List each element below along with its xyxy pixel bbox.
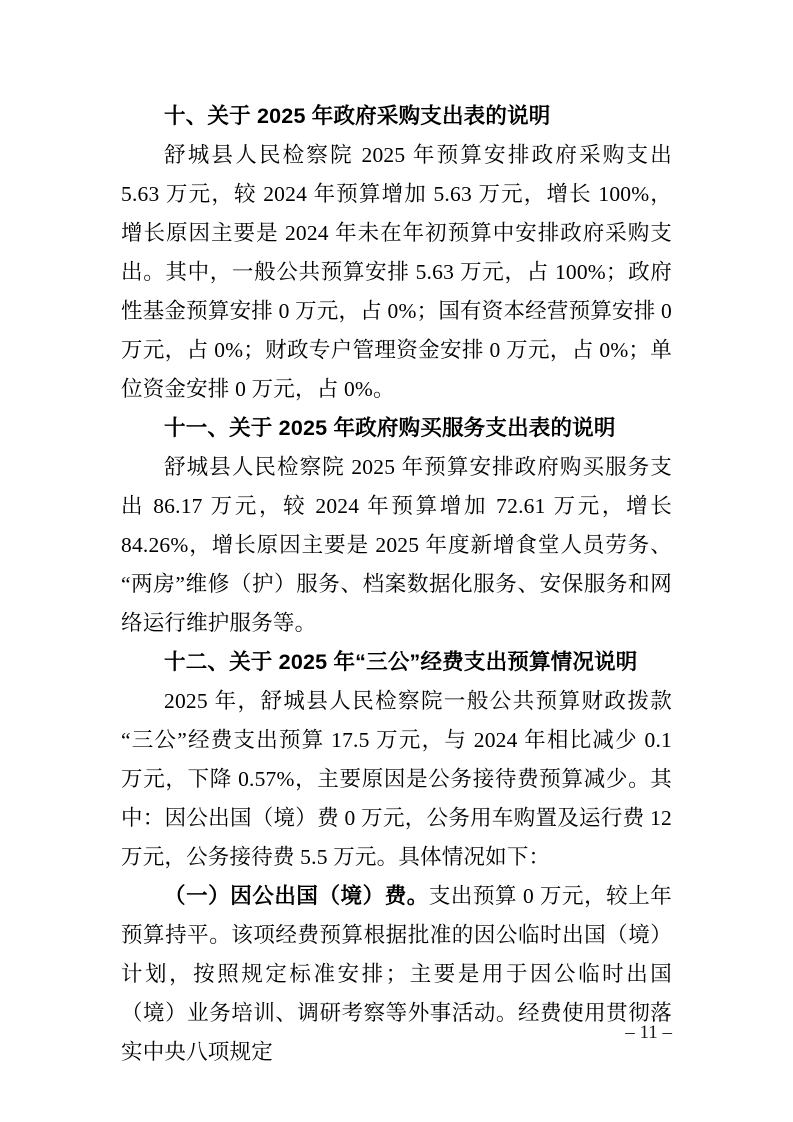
subsection-1-bold-lead: （一）因公出国（境）费。 xyxy=(164,884,429,908)
subsection-1-text: 支出预算 0 万元，较上年预算持平。该项经费预算根据批准的因公临时出国（境）计划… xyxy=(121,884,672,1064)
document-page: 十、关于 2025 年政府采购支出表的说明 舒城县人民检察院 2025 年预算安… xyxy=(0,0,793,1122)
section-10-heading: 十、关于 2025 年政府采购支出表的说明 xyxy=(121,97,672,136)
section-11-paragraph: 舒城县人民检察院 2025 年预算安排政府购买服务支出 86.17 万元，较 2… xyxy=(121,448,672,643)
page-footer: – 11 – xyxy=(625,1021,672,1045)
document-content: 十、关于 2025 年政府采购支出表的说明 舒城县人民检察院 2025 年预算安… xyxy=(121,97,672,1072)
section-11-heading: 十一、关于 2025 年政府购买服务支出表的说明 xyxy=(121,409,672,448)
section-12-heading: 十二、关于 2025 年“三公”经费支出预算情况说明 xyxy=(121,643,672,682)
section-10-paragraph: 舒城县人民检察院 2025 年预算安排政府采购支出 5.63 万元，较 2024… xyxy=(121,136,672,409)
subsection-1-paragraph: （一）因公出国（境）费。支出预算 0 万元，较上年预算持平。该项经费预算根据批准… xyxy=(121,877,672,1072)
page-number: – 11 – xyxy=(625,1022,672,1043)
section-12-paragraph: 2025 年，舒城县人民检察院一般公共预算财政拨款“三公”经费支出预算 17.5… xyxy=(121,682,672,877)
